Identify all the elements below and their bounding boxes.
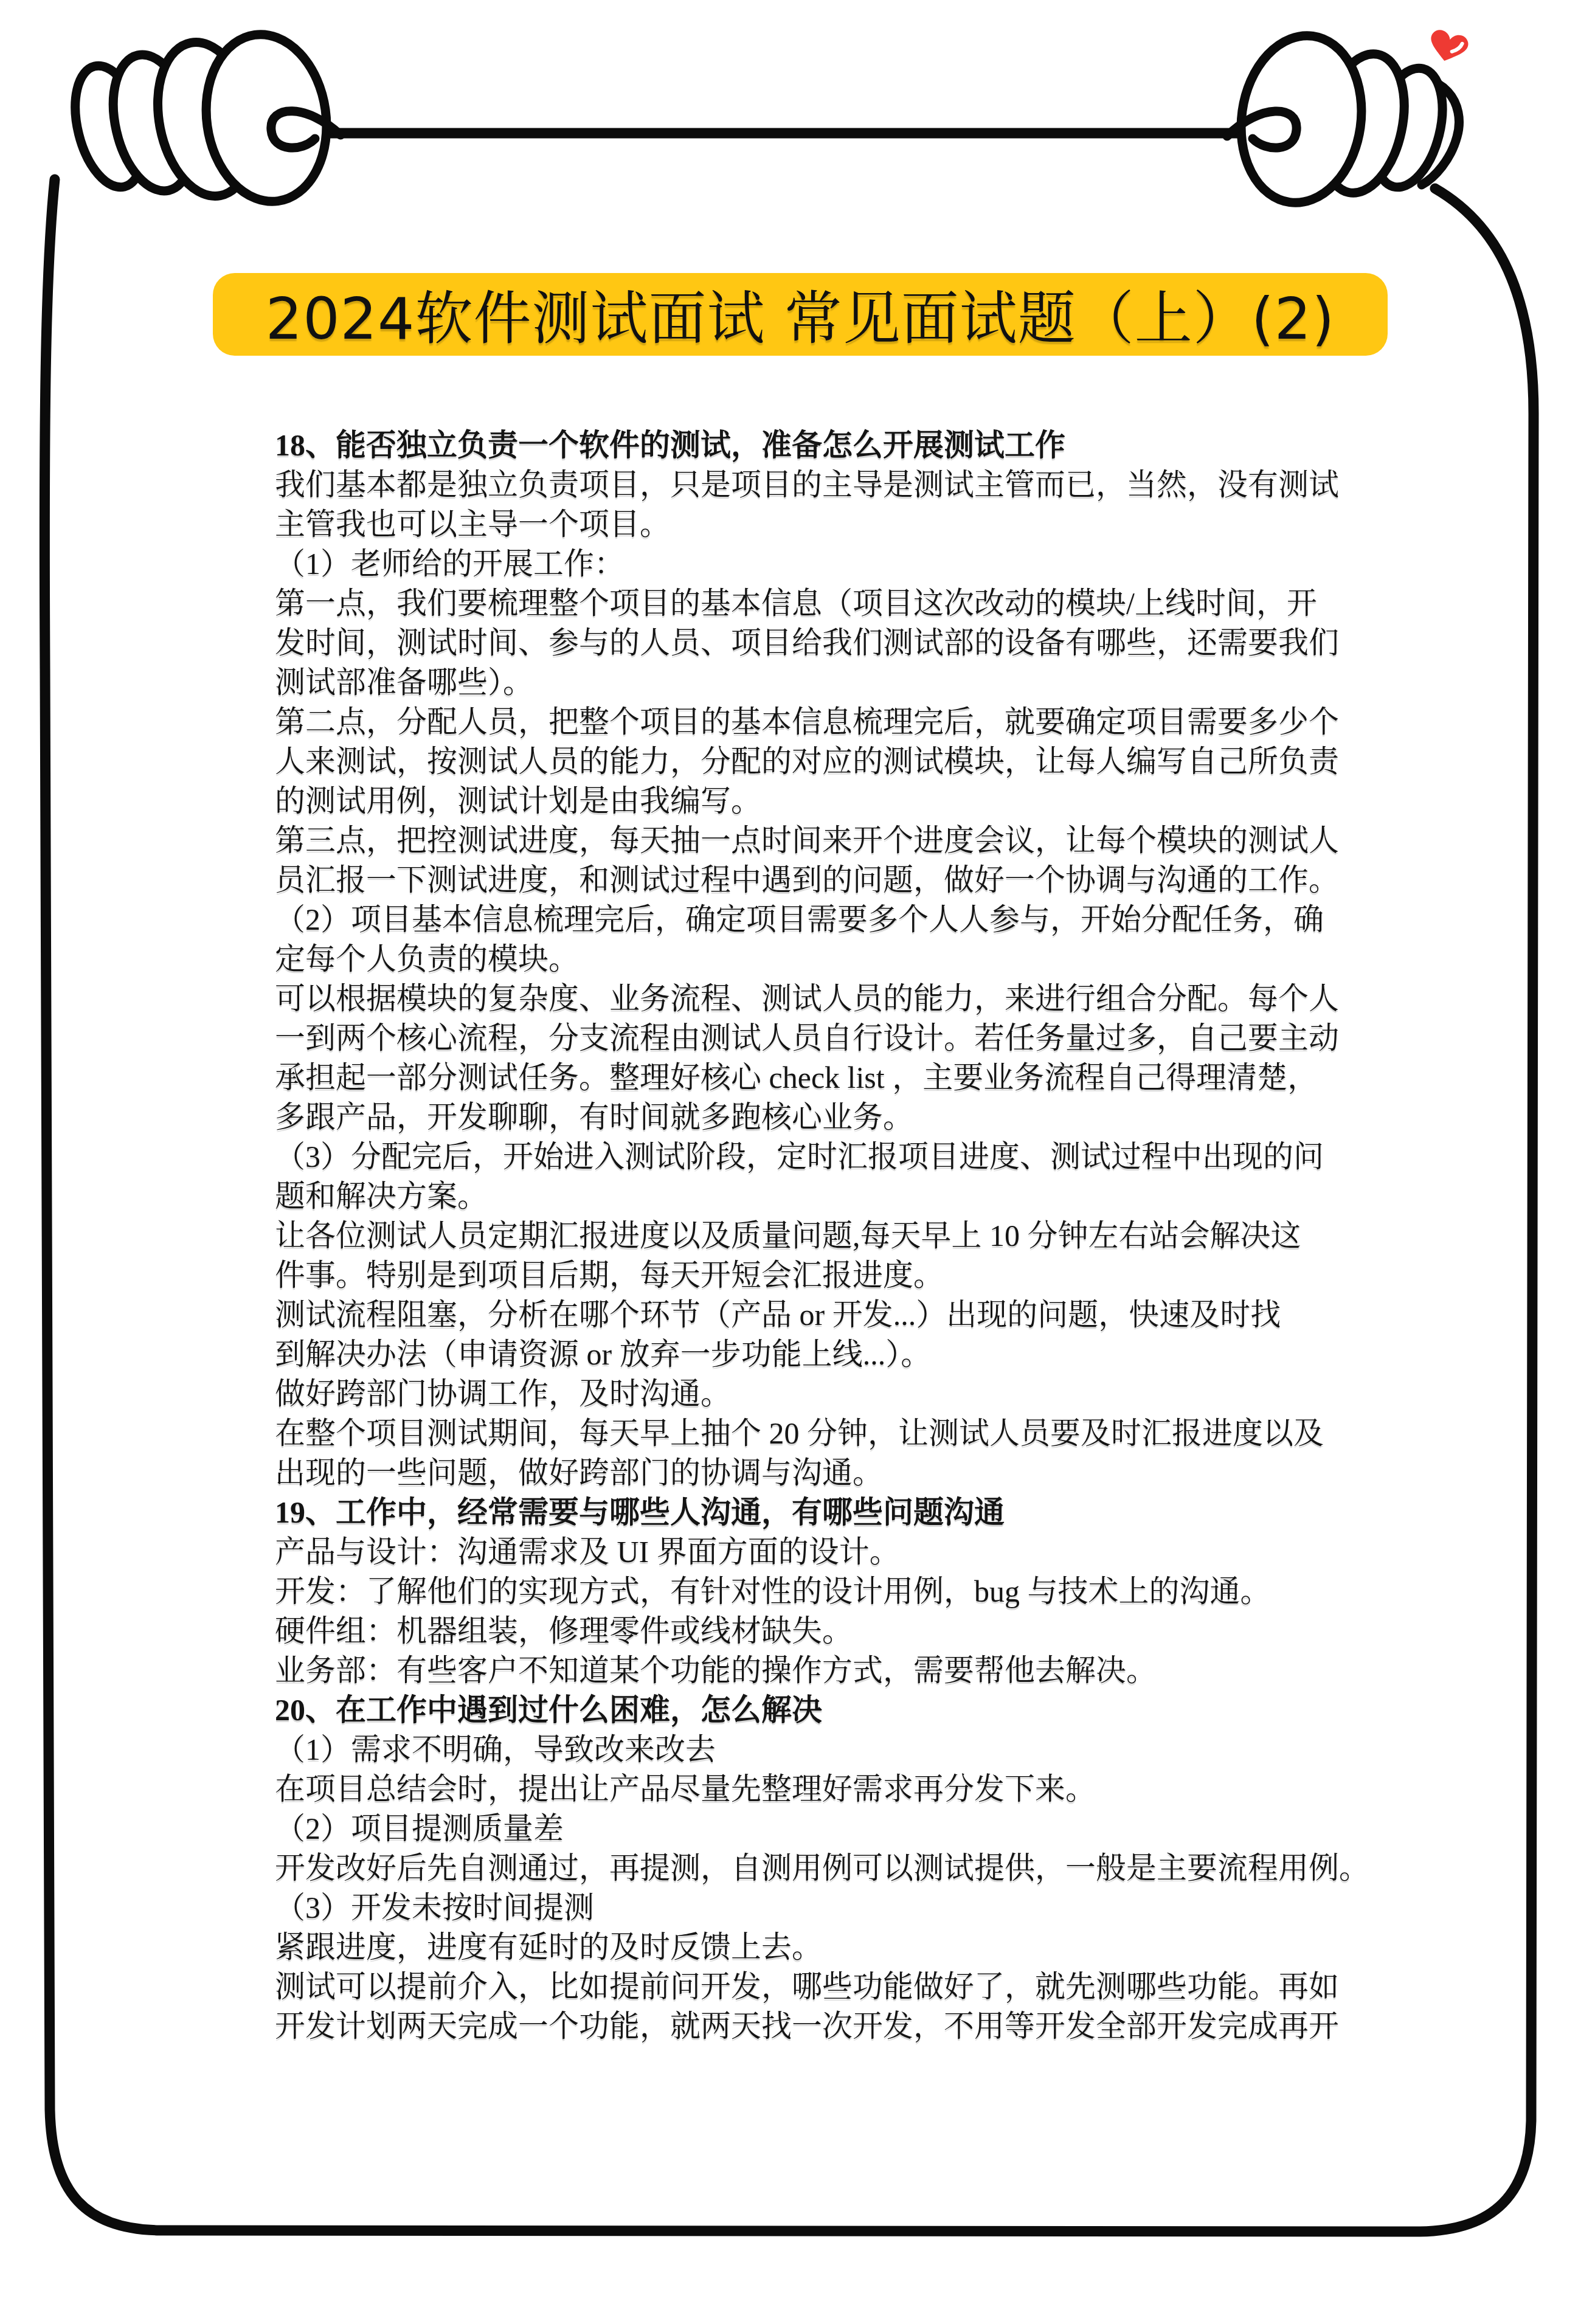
spiral-scribble-left-icon: [64, 27, 341, 210]
answer-line: 开发：了解他们的实现方式，有针对性的设计用例，bug 与技术上的沟通。: [275, 1572, 1383, 1611]
heart-icon: [1426, 28, 1470, 66]
answer-line: 在项目总结会时，提出让产品尽量先整理好需求再分发下来。: [275, 1769, 1383, 1809]
answer-line: 到解决办法（申请资源 or 放弃一步功能上线...）。: [275, 1335, 1383, 1374]
answer-line: （3）开发未按时间提测: [275, 1888, 1383, 1928]
answer-line: 在整个项目测试期间，每天早上抽个 20 分钟，让测试人员要及时汇报进度以及: [275, 1414, 1383, 1453]
answer-line: 可以根据模块的复杂度、业务流程、测试人员的能力，来进行组合分配。每个人: [275, 979, 1383, 1018]
answer-line: （2）项目基本信息梳理完后，确定项目需要多个人人参与，开始分配任务，确: [275, 900, 1383, 939]
answer-line: 测试部准备哪些）。: [275, 663, 1383, 702]
answer-line: 定每个人负责的模块。: [275, 939, 1383, 979]
answer-line: （1）需求不明确，导致改来改去: [275, 1730, 1383, 1769]
answer-line: 一到两个核心流程，分支流程由测试人员自行设计。若任务量过多，自己要主动: [275, 1018, 1383, 1058]
page-title: 2024软件测试面试 常见面试题（上）(2): [266, 273, 1335, 356]
question-heading: 20、在工作中遇到过什么困难，怎么解决: [275, 1690, 1383, 1730]
answer-line: 多跟产品，开发聊聊，有时间就多跑核心业务。: [275, 1098, 1383, 1137]
question-heading: 18、能否独立负责一个软件的测试，准备怎么开展测试工作: [275, 426, 1383, 465]
answer-line: 出现的一些问题，做好跨部门的协调与沟通。: [275, 1453, 1383, 1493]
answer-line: （3）分配完后，开始进入测试阶段，定时汇报项目进度、测试过程中出现的问: [275, 1137, 1383, 1177]
answer-line: 员汇报一下测试进度，和测试过程中遇到的问题，做好一个协调与沟通的工作。: [275, 860, 1383, 900]
answer-line: 我们基本都是独立负责项目，只是项目的主导是测试主管而已，当然，没有测试: [275, 465, 1383, 505]
answer-line: 第三点，把控测试进度，每天抽一点时间来开个进度会议，让每个模块的测试人: [275, 821, 1383, 860]
answer-line: 发时间，测试时间、参与的人员、项目给我们测试部的设备有哪些，还需要我们: [275, 623, 1383, 663]
answer-line: 开发改好后先自测通过，再提测，自测用例可以测试提供，一般是主要流程用例。: [275, 1848, 1383, 1888]
answer-line: 产品与设计：沟通需求及 UI 界面方面的设计。: [275, 1532, 1383, 1572]
answer-line: 测试流程阻塞，分析在哪个环节（产品 or 开发...）出现的问题，快速及时找: [275, 1295, 1383, 1335]
answer-line: （1）老师给的开展工作：: [275, 544, 1383, 584]
scanned-document-page: 2024软件测试面试 常见面试题（上）(2) 18、能否独立负责一个软件的测试，…: [0, 0, 1595, 2324]
answer-line: 主管我也可以主导一个项目。: [275, 505, 1383, 544]
answer-line: 承担起一部分测试任务。整理好核心 check list ，主要业务流程自己得理清…: [275, 1058, 1383, 1098]
answer-line: 测试可以提前介入，比如提前问开发，哪些功能做好了，就先测哪些功能。再如: [275, 1967, 1383, 2007]
answer-line: 人来测试，按测试人员的能力，分配的对应的测试模块，让每人编写自己所负责: [275, 742, 1383, 781]
answer-line: （2）项目提测质量差: [275, 1809, 1383, 1848]
answer-line: 开发计划两天完成一个功能，就两天找一次开发，不用等开发全部开发完成再开: [275, 2007, 1383, 2046]
question-heading: 19、工作中，经常需要与哪些人沟通，有哪些问题沟通: [275, 1493, 1383, 1532]
answer-line: 硬件组：机器组装，修理零件或线材缺失。: [275, 1611, 1383, 1651]
answer-line: 题和解决方案。: [275, 1177, 1383, 1216]
answer-line: 让各位测试人员定期汇报进度以及质量问题,每天早上 10 分钟左右站会解决这: [275, 1216, 1383, 1256]
title-banner: 2024软件测试面试 常见面试题（上）(2): [213, 273, 1388, 356]
spiral-scribble-right-icon: [1227, 28, 1459, 211]
answer-line: 做好跨部门协调工作，及时沟通。: [275, 1374, 1383, 1414]
answer-line: 的测试用例，测试计划是由我编写。: [275, 781, 1383, 821]
answer-line: 件事。特别是到项目后期，每天开短会汇报进度。: [275, 1256, 1383, 1295]
document-body: 18、能否独立负责一个软件的测试，准备怎么开展测试工作我们基本都是独立负责项目，…: [275, 426, 1383, 2046]
answer-line: 紧跟进度，进度有延时的及时反馈上去。: [275, 1928, 1383, 1967]
answer-line: 业务部：有些客户不知道某个功能的操作方式，需要帮他去解决。: [275, 1651, 1383, 1690]
answer-line: 第一点，我们要梳理整个项目的基本信息（项目这次改动的模块/上线时间，开: [275, 584, 1383, 623]
answer-line: 第二点，分配人员，把整个项目的基本信息梳理完后，就要确定项目需要多少个: [275, 702, 1383, 742]
